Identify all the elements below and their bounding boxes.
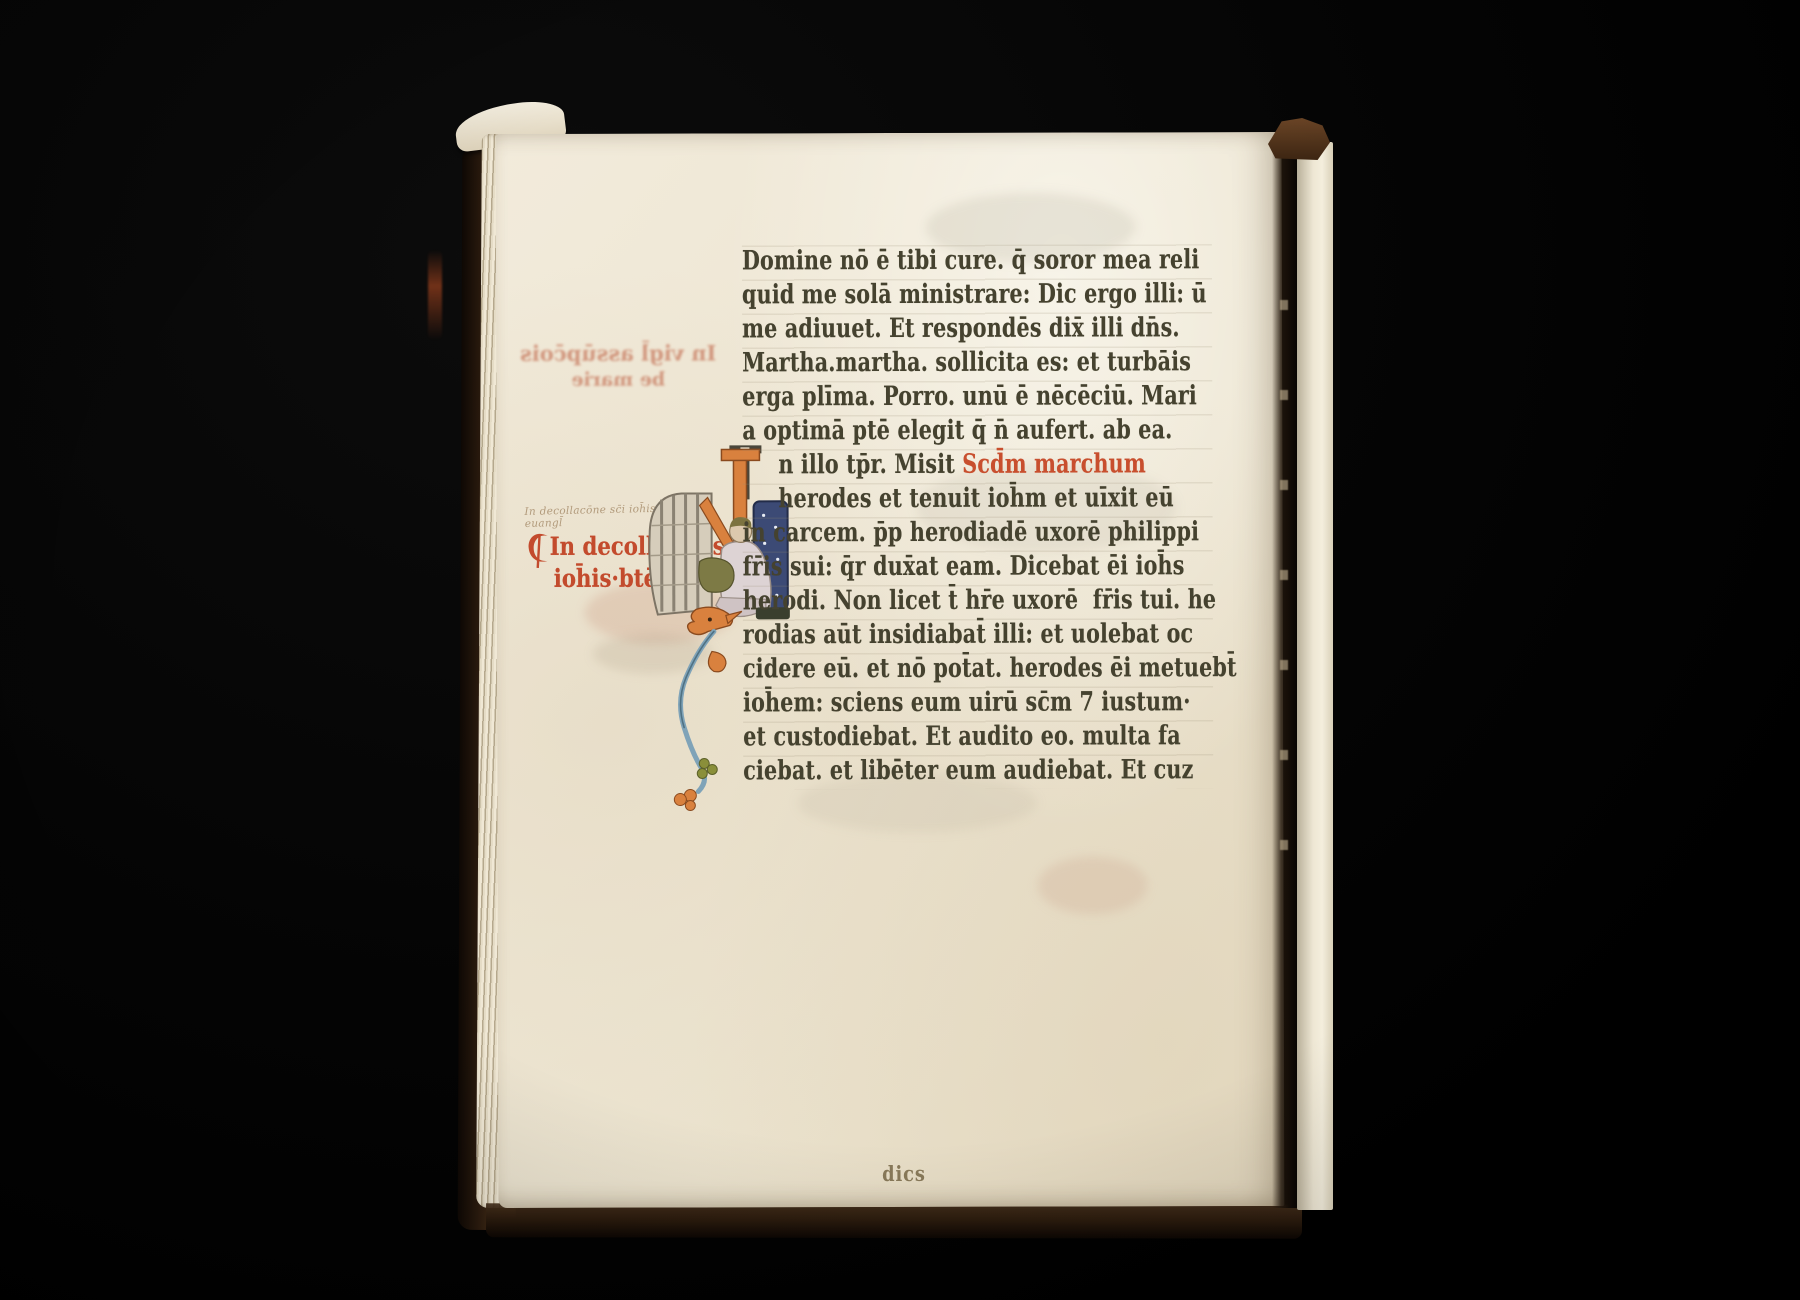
manuscript-text-line: ioh̄em: sciens eum uirū sc̄m 7 iustum·: [743, 686, 1110, 721]
text-ink: herodes et tenuit ioh̄m et uīxit eū: [778, 482, 1174, 514]
facing-page-edge: [1297, 142, 1333, 1210]
text-ink: fr̄is sui: q̄r dux̄at eam. Dicebat ēi io…: [743, 550, 1185, 582]
text-ink: n illo tp̄r. Misit: [778, 449, 962, 480]
manuscript-text-line: quid me solā ministrare: Dic ergo illi: …: [742, 278, 1109, 313]
manuscript-text-line: a optimā ptē elegit q̄ n̄ aufert. ab ea.: [742, 414, 1109, 449]
text-ink: in carcem. p̄p herodiadē uxorē philippi: [743, 516, 1200, 548]
parchment-stain: [1037, 856, 1147, 914]
binding-stitching: [1280, 300, 1288, 860]
manuscript-text-line: Martha.martha. sollicita es: et turbāis: [742, 346, 1109, 381]
text-ink: Martha.martha. sollicita es: et turbāis: [742, 346, 1191, 378]
text-block: Domine nō ē tibi cure. q̄ soror mea reli…: [742, 244, 1213, 789]
book-bottom-cover: [486, 1203, 1302, 1238]
manuscript-text-line: in carcem. p̄p herodiadē uxorē philippi: [743, 516, 1110, 551]
capitulum-paraph-icon: [526, 530, 552, 570]
manuscript-text-line: Domine nō ē tibi cure. q̄ soror mea reli: [742, 244, 1109, 279]
showthrough-line: In vigl̄ assūpc̄ois: [518, 339, 718, 367]
manuscript-text-line: fr̄is sui: q̄r dux̄at eam. Dicebat ēi io…: [743, 550, 1110, 585]
binding-leather-tab: [1268, 118, 1330, 160]
manuscript-text-line: rodias aūt insidiabat̄ illi: et uolebat …: [743, 618, 1110, 653]
text-ink: et custodiebat. Et audito eo. multa fa: [743, 720, 1181, 752]
manuscript-text-line: ciebat. et libēter eum audiebat. Et cuz: [743, 754, 1110, 789]
catchword: dics: [882, 1161, 926, 1186]
text-rubricated: Scd̄m marchum: [962, 448, 1146, 479]
manuscript-text-line: erga plīma. Porro. unū ē nēcēciū. Mari: [742, 380, 1109, 415]
text-ink: Domine nō ē tibi cure. q̄ soror mea reli: [742, 244, 1199, 276]
manuscript-text-line: n illo tp̄r. Misit Scd̄m marchum: [742, 448, 1109, 483]
showthrough-rubric: In vigl̄ assūpc̄ois be marie: [518, 339, 718, 394]
showthrough-line: be marie: [518, 366, 718, 394]
manuscript-text-line: et custodiebat. Et audito eo. multa fa: [743, 720, 1110, 755]
manuscript-text-line: cidere eū. et nō pot̄at. herodes ēi metu…: [743, 652, 1110, 687]
text-ink: quid me solā ministrare: Dic ergo illi: …: [742, 278, 1207, 310]
text-ink: cidere eū. et nō pot̄at. herodes ēi metu…: [743, 652, 1237, 684]
manuscript-text-line: herodi. Non licet t̄ hr̄e uxorē fr̄is tu…: [743, 584, 1110, 619]
manuscript-text-line: me adiuuet. Et respondēs dix̄ illi dn̄s.: [742, 312, 1109, 347]
text-ink: rodias aūt insidiabat̄ illi: et uolebat …: [743, 618, 1193, 650]
text-ink: ioh̄em: sciens eum uirū sc̄m 7 iustum·: [743, 686, 1191, 718]
manuscript-page: In vigl̄ assūpc̄ois be marie In decollac…: [496, 132, 1285, 1208]
text-ink: me adiuuet. Et respondēs dix̄ illi dn̄s.: [742, 312, 1180, 344]
spine-edge-highlight: [428, 250, 442, 340]
text-ink: erga plīma. Porro. unū ē nēcēciū. Mari: [742, 380, 1197, 412]
text-ink: ciebat. et libēter eum audiebat. Et cuz: [743, 754, 1193, 786]
manuscript-text-line: herodes et tenuit ioh̄m et uīxit eū: [743, 482, 1110, 517]
text-ink: herodi. Non licet t̄ hr̄e uxorē fr̄is tu…: [743, 584, 1216, 616]
text-ink: a optimā ptē elegit q̄ n̄ aufert. ab ea.: [742, 414, 1172, 446]
photo-background: In vigl̄ assūpc̄ois be marie In decollac…: [0, 0, 1800, 1300]
